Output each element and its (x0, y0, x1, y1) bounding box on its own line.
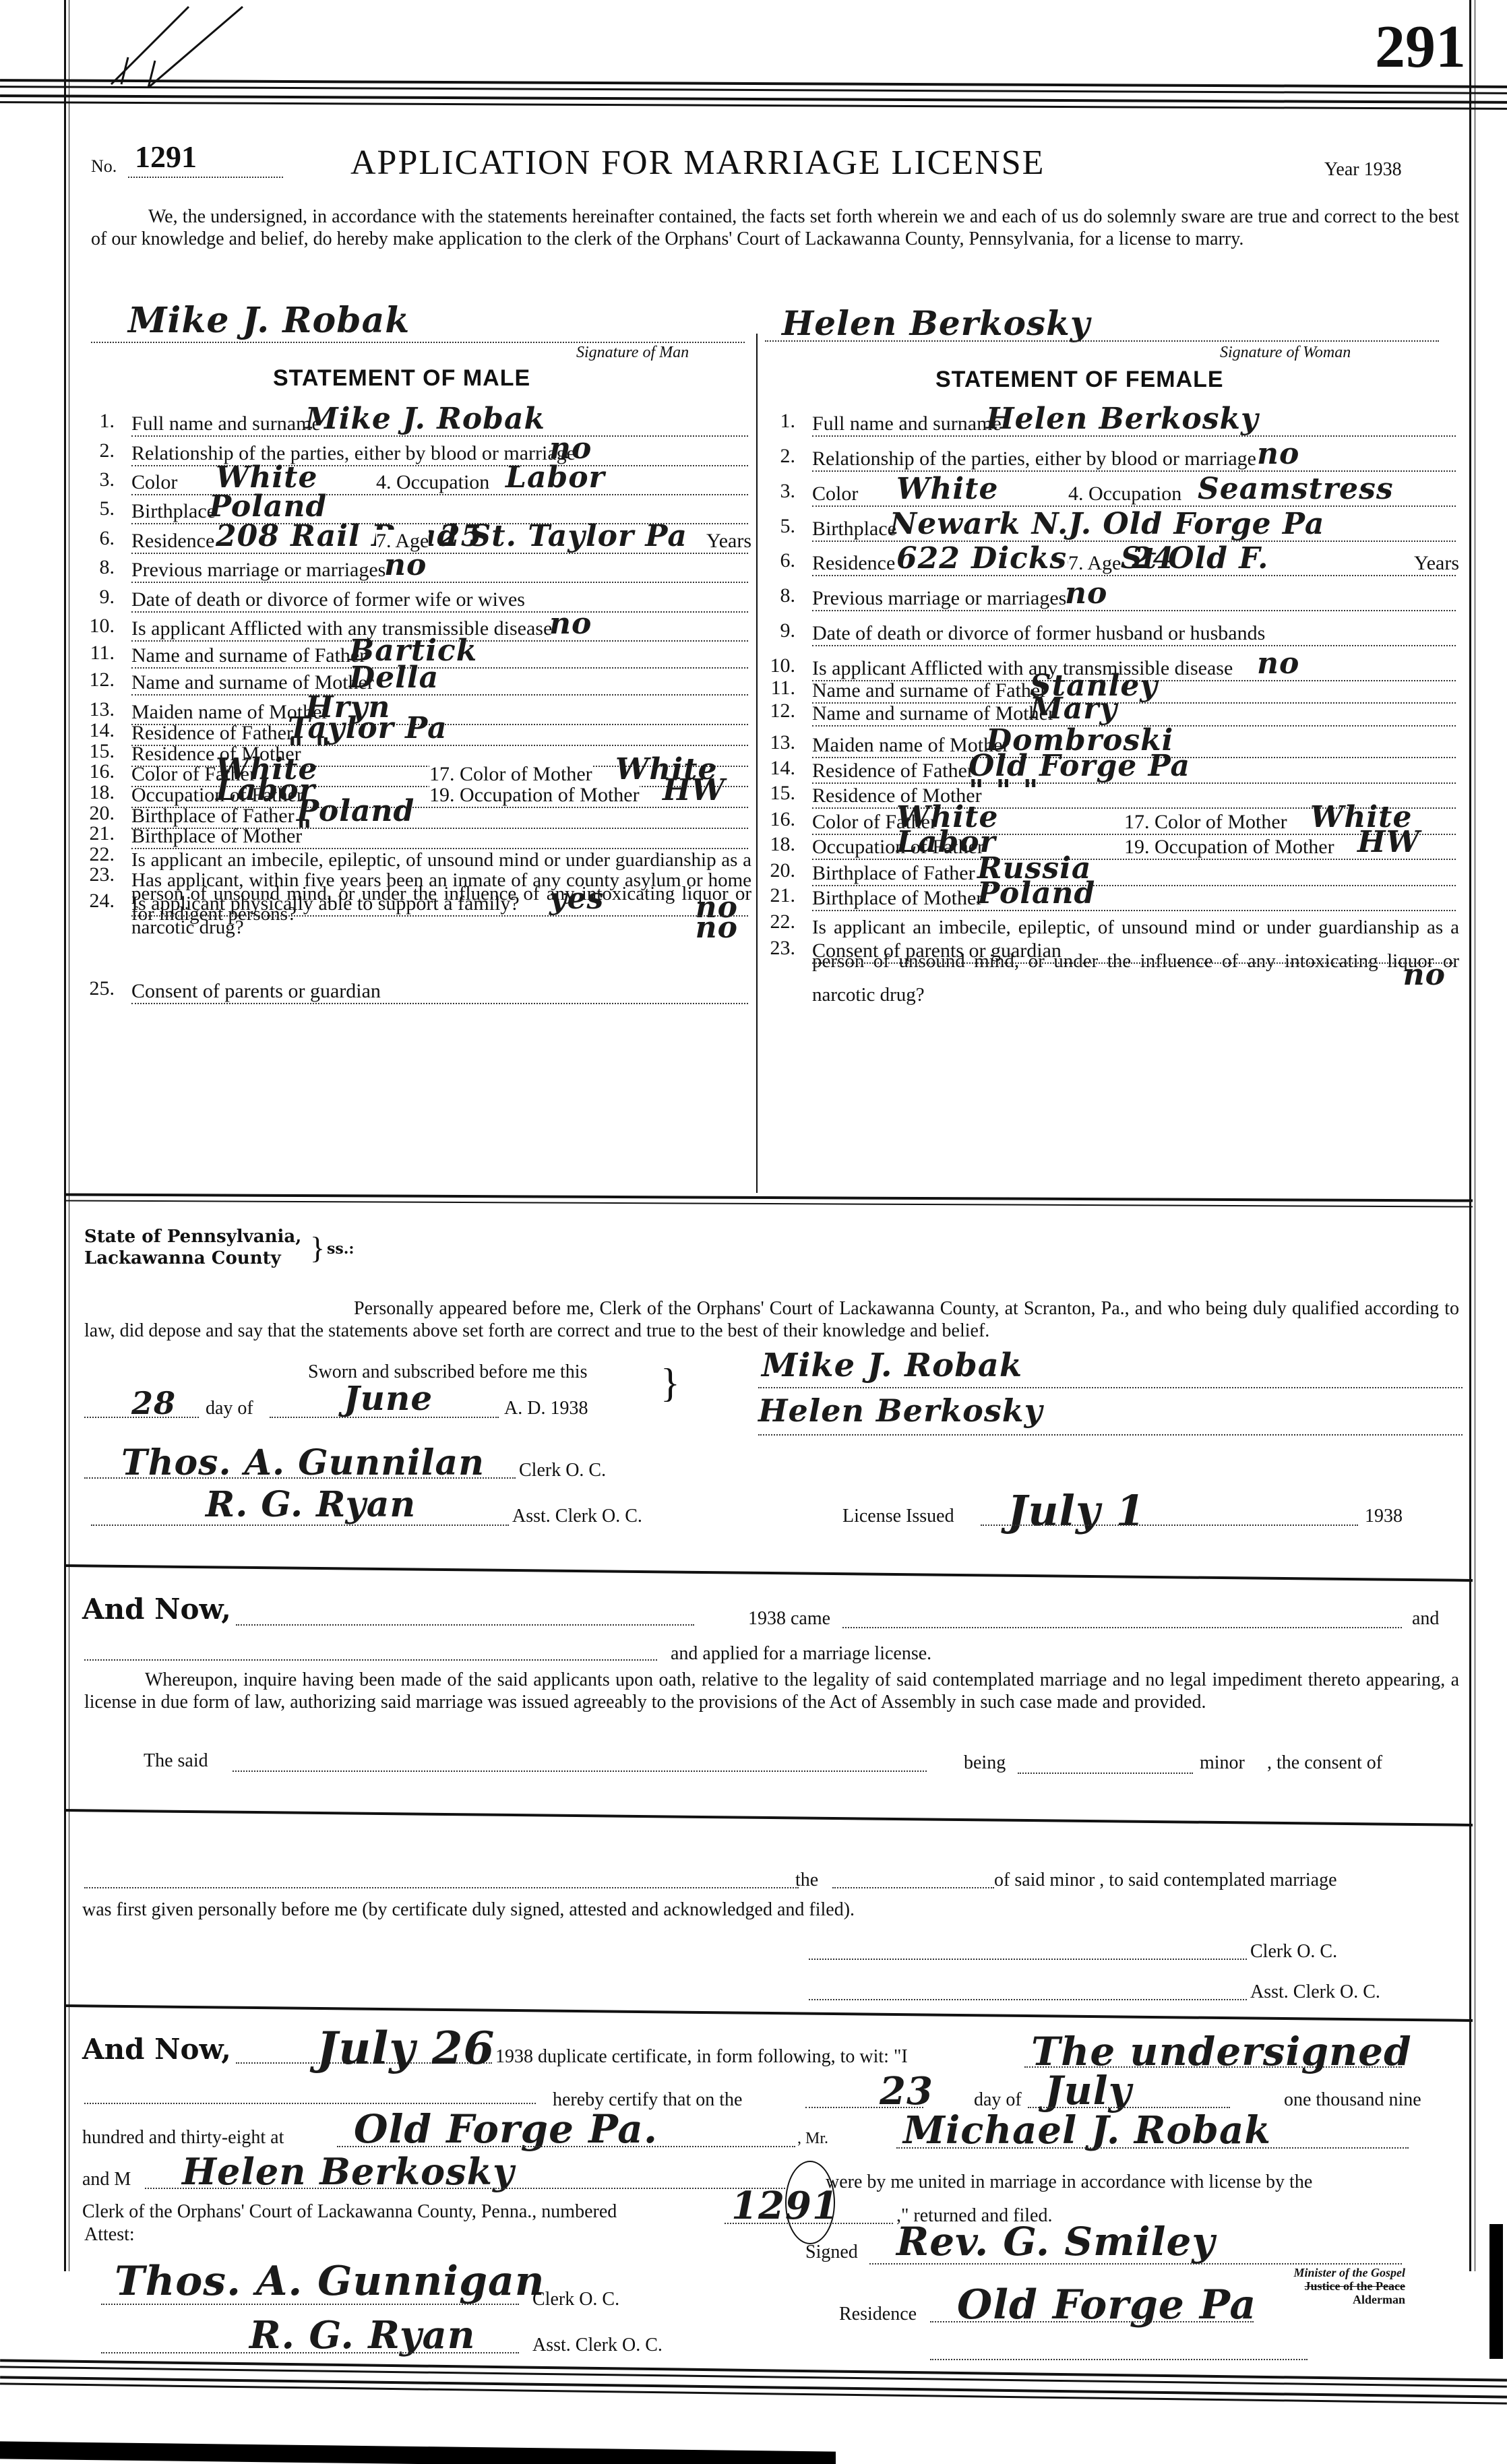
one-thousand-text: one thousand nine (1284, 2089, 1421, 2111)
minor-label: minor (1200, 1752, 1245, 1774)
field-label: Color (812, 483, 858, 505)
page-number: 291 (1375, 12, 1466, 82)
field-number: 10. (762, 654, 795, 677)
affidavit-female-line (758, 1434, 1463, 1436)
field-number: 22. (762, 911, 795, 933)
field-label: Previous marriage or marriages (131, 559, 386, 582)
bride-name: Helen Berkosky (182, 2150, 514, 2193)
and-now-1-clerk-label: Clerk O. C. (1250, 1941, 1337, 1963)
clerk-line (84, 1477, 516, 1479)
whereupon-paragraph: Whereupon, inquire having been made of t… (84, 1669, 1459, 1713)
field-number: 21. (81, 822, 115, 845)
female-signature-caption: Signature of Woman (1220, 344, 1351, 362)
field-value: no (1257, 646, 1299, 681)
field-number: 14. (81, 719, 115, 742)
hundred-at-text: hundred and thirty-eight at (82, 2127, 284, 2149)
field-number: 3. (762, 480, 795, 503)
field-line (131, 1003, 748, 1004)
field-suffix: Years (1414, 552, 1459, 575)
field-label: Consent of parents or guardian (131, 980, 381, 1003)
field-label: Consent of parents or guardian (812, 940, 1062, 962)
field-label: Relationship of the parties, either by b… (812, 448, 1256, 470)
the-said-label: The said (144, 1750, 208, 1772)
field-label: Full name and surname (131, 412, 321, 435)
attest-clerk-line (101, 2304, 519, 2305)
license-issued-line (981, 1524, 1358, 1526)
marriage-place: Old Forge Pa. (354, 2106, 658, 2152)
top-rule-2 (0, 94, 1507, 110)
section-rule-minor (64, 1809, 1473, 1826)
field-number: 23. (81, 863, 115, 886)
page-title: APPLICATION FOR MARRIAGE LICENSE (350, 143, 1045, 183)
field-line (131, 915, 748, 917)
field-label: Name and surname of Father (131, 644, 366, 667)
frame-left-inner (69, 0, 69, 2271)
ss-label: ss.: (327, 1240, 355, 1258)
hereby-line (84, 2103, 536, 2104)
field-number: 16. (81, 760, 115, 783)
clerk-numbered-text: Clerk of the Orphans' Court of Lackawann… (82, 2201, 617, 2223)
field-label: Full name and surname (812, 412, 1002, 435)
male-field-row: 8.Previous marriage or marriagesno (81, 556, 751, 587)
male-signature-caption: Signature of Man (576, 344, 689, 362)
female-field-row: 23.Consent of parents or guardian (762, 937, 1459, 968)
residence-line (930, 2321, 1254, 2322)
female-field-row: 1.Full name and surnameHelen Berkosky (762, 410, 1459, 441)
male-signature-line (91, 342, 745, 343)
field-value: Helen Berkosky (986, 402, 1259, 436)
field-label: Is applicant physically able to support … (131, 892, 520, 915)
field-value-2: HW (1357, 825, 1420, 859)
first-given-text: was first given personally before me (by… (82, 1899, 855, 1921)
field-label: Birthplace of Father (812, 862, 975, 885)
field-line (812, 962, 1456, 964)
and-now-1-date-line (236, 1624, 694, 1626)
female-field-row: 6.Residence622 Dickson St Old F.7. Age24… (762, 549, 1459, 580)
field-value: Mary (1030, 691, 1117, 726)
scan-edge-right (1489, 2224, 1503, 2359)
and-now-1-clerk-line (809, 1959, 1247, 1960)
female-heading: STATEMENT OF FEMALE (935, 367, 1224, 393)
male-signature: Mike J. Robak (128, 300, 410, 341)
field-number: 13. (81, 698, 115, 721)
field-label: Previous marriage or marriages (812, 587, 1066, 610)
field-number: 18. (762, 833, 795, 856)
frame-left (64, 0, 66, 2271)
and-now-heading-2: And Now, (82, 2033, 231, 2066)
scan-edge (0, 2441, 836, 2464)
year-came-label: 1938 came (748, 1608, 830, 1630)
field-value: Newark N.J. Old Forge Pa (890, 507, 1324, 541)
center-divider (756, 334, 758, 1193)
second-applicant-line (84, 1659, 657, 1661)
field-label-2: 4. Occupation (376, 471, 489, 494)
field-number: 20. (762, 859, 795, 882)
field-value: no (1065, 576, 1107, 611)
title-alderman: Alderman (1270, 2293, 1405, 2307)
field-label: Date of death or divorce of former wife … (131, 588, 525, 611)
field-label: Birthplace of Mother (812, 887, 983, 910)
field-number: 2. (762, 445, 795, 468)
frame-right-inner (1475, 0, 1475, 2271)
section-rule-and-now-2 (64, 2004, 1473, 2022)
being-label: being (964, 1752, 1006, 1774)
field-number: 5. (762, 515, 795, 538)
attest-clerk-signature: Thos. A. Gunnigan (115, 2258, 545, 2305)
field-value: no (549, 607, 592, 641)
asst-clerk-label: Asst. Clerk O. C. (512, 1506, 642, 1527)
field-value-2: Seamstress (1198, 472, 1394, 506)
field-label: Date of death or divorce of former husba… (812, 622, 1265, 645)
and-now-heading-1: And Now, (82, 1593, 231, 1626)
male-field-row: 1.Full name and surnameMike J. Robak (81, 410, 751, 441)
license-issued-date: July 1 (1008, 1486, 1146, 1535)
mr-label: , Mr. (797, 2130, 828, 2148)
came-line (842, 1627, 1402, 1628)
license-year: 1938 (1365, 1506, 1403, 1527)
field-value-2: 24 (1132, 541, 1174, 576)
brace-icon-2: } (660, 1360, 680, 1407)
field-label: Residence of Father (812, 760, 974, 782)
attest-clerk-label: Clerk O. C. (532, 2289, 619, 2310)
field-label-2: 17. Color of Mother (1124, 811, 1287, 834)
field-label-2: 7. Age (1068, 552, 1121, 575)
attest-label: Attest: (84, 2224, 135, 2246)
consent-of-label: , the consent of (1267, 1752, 1382, 1774)
year-label: Year 1938 (1324, 159, 1402, 181)
field-number: 10. (81, 615, 115, 638)
sworn-month: June (344, 1378, 433, 1418)
field-value-2: 25 (439, 519, 482, 553)
field-number: 14. (762, 757, 795, 780)
field-suffix: Years (706, 530, 751, 553)
no-line (128, 177, 283, 178)
male-field-row: 12.Name and surname of MotherDella (81, 669, 751, 700)
field-label: Color (131, 471, 177, 494)
relation-line (832, 1887, 994, 1888)
title-minister: Minister of the Gospel (1270, 2266, 1405, 2280)
field-value: no (384, 548, 427, 582)
signed-label: Signed (805, 2242, 858, 2263)
field-label: Name and surname of Mother (812, 702, 1055, 725)
male-field-row: 24.Is applicant physically able to suppo… (81, 890, 751, 921)
field-number: 13. (762, 731, 795, 754)
field-label: Birthplace (812, 518, 896, 541)
signed-line (869, 2263, 1402, 2265)
affidavit-text: Personally appeared before me, Clerk of … (84, 1297, 1459, 1342)
affidavit-female-signature: Helen Berkosky (758, 1392, 1043, 1429)
male-field-row: 2.Relationship of the parties, either by… (81, 439, 751, 470)
officiant-signature: Rev. G. Smiley (896, 2219, 1215, 2265)
asst-clerk-line (91, 1524, 509, 1526)
and-label: and (1412, 1608, 1439, 1630)
the-label: the (795, 1870, 818, 1891)
field-number: 2. (81, 439, 115, 462)
field-number: 21. (762, 884, 795, 907)
seal-stamp (785, 2161, 835, 2244)
male-heading: STATEMENT OF MALE (273, 365, 530, 392)
field-label: Residence (131, 530, 214, 553)
male-field-row: 9.Date of death or divorce of former wif… (81, 586, 751, 617)
the-said-line (233, 1770, 927, 1772)
field-label: Is applicant Afflicted with any transmis… (131, 617, 552, 640)
attest-asst-line (101, 2352, 519, 2353)
field-number: 3. (81, 468, 115, 491)
field-label: Name and surname of Father (812, 679, 1047, 702)
female-field-row: 8.Previous marriage or marriagesno (762, 584, 1459, 615)
field-value: Mike J. Robak (305, 402, 545, 436)
check-mark-icon (108, 3, 310, 94)
field-number: 6. (81, 527, 115, 550)
groom-line (896, 2147, 1409, 2149)
field-number: 8. (762, 584, 795, 607)
residence-line-2 (930, 2359, 1308, 2360)
field-number: 9. (81, 586, 115, 609)
field-number: 1. (81, 410, 115, 433)
field-line (131, 582, 748, 583)
field-number: 24. (81, 890, 115, 913)
residence-label: Residence (839, 2304, 917, 2325)
field-number: 16. (762, 808, 795, 831)
field-line (131, 694, 748, 696)
groom-name: Michael J. Robak (903, 2108, 1271, 2153)
male-field-row: 3.ColorWhite4. OccupationLabor (81, 468, 751, 499)
field-label: Birthplace (131, 500, 216, 523)
field-number: 23. (762, 937, 795, 960)
field-number: 8. (81, 556, 115, 579)
field-label: Residence (812, 552, 895, 575)
duplicate-certificate-text: 1938 duplicate certificate, in form foll… (495, 2046, 908, 2068)
section-rule-and-now-1 (64, 1564, 1473, 1582)
field-number: 15. (762, 782, 795, 805)
field-value-2: Labor (505, 460, 605, 495)
female-signature-line (765, 340, 1439, 342)
field-number: 11. (762, 677, 795, 700)
field-value: Poland (977, 876, 1095, 911)
no-label: No. (91, 156, 117, 177)
were-united-text: were by me united in marriage in accorda… (826, 2172, 1312, 2193)
intro-paragraph: We, the undersigned, in accordance with … (91, 206, 1459, 250)
field-number: 1. (762, 410, 795, 433)
field-value: yes (549, 882, 604, 916)
day-of-label: day of (206, 1398, 253, 1419)
female-field-row: 9.Date of death or divorce of former hus… (762, 619, 1459, 650)
of-said-minor-label: of said minor , to said contemplated mar… (994, 1870, 1337, 1891)
application-number: 1291 (135, 139, 197, 175)
field-label-2: 4. Occupation (1068, 483, 1181, 505)
male-field-row: 25.Consent of parents or guardian (81, 977, 751, 1008)
license-issued-label: License Issued (842, 1506, 954, 1527)
being-line (1018, 1773, 1193, 1774)
and-now-1-asst-label: Asst. Clerk O. C. (1250, 1981, 1380, 2003)
day-line (84, 1417, 199, 1418)
attest-asst-label: Asst. Clerk O. C. (532, 2335, 663, 2356)
field-line (131, 611, 748, 613)
certificate-date: July 26 (317, 2022, 495, 2074)
field-label-2: 19. Occupation of Mother (1124, 836, 1334, 859)
field-number: 6. (762, 549, 795, 572)
field-number: 22. (81, 843, 115, 866)
clerk-label: Clerk O. C. (519, 1460, 606, 1481)
state-label: State of Pennsylvania, (84, 1227, 301, 1247)
ad-label: A. D. 1938 (504, 1398, 588, 1419)
field-number: 11. (81, 642, 115, 665)
field-line (812, 610, 1456, 611)
field-number: 15. (81, 740, 115, 763)
county-label: Lackawanna County (84, 1248, 281, 1268)
field-value: White (896, 472, 998, 506)
field-number: 5. (81, 497, 115, 520)
title-justice: Justice of the Peace (1270, 2279, 1405, 2293)
consent-giver-line (84, 1887, 799, 1888)
female-signature: Helen Berkosky (782, 303, 1090, 343)
frame-right (1469, 0, 1471, 2271)
field-number: 18. (81, 781, 115, 804)
field-value: no (1257, 437, 1299, 471)
field-number: 20. (81, 802, 115, 825)
asst-clerk-signature: R. G. Ryan (206, 1484, 416, 1525)
month-line (270, 1417, 499, 1418)
bride-line (145, 2188, 785, 2189)
field-line (812, 645, 1456, 646)
applied-text: and applied for a marriage license. (671, 1643, 931, 1665)
affidavit-male-signature: Mike J. Robak (762, 1347, 1022, 1384)
sworn-day: 28 (131, 1385, 176, 1421)
and-m-label: and M (82, 2169, 131, 2190)
and-now-1-asst-line (809, 1999, 1247, 2000)
field-number: 25. (81, 977, 115, 1000)
numbered-line (725, 2223, 893, 2224)
field-number: 12. (81, 669, 115, 691)
brace-icon: } (310, 1230, 325, 1266)
field-number: 12. (762, 700, 795, 722)
marriage-place-line (337, 2146, 795, 2147)
attest-asst-signature: R. G. Ryan (249, 2313, 475, 2358)
field-number: 9. (762, 619, 795, 642)
affidavit-male-line (758, 1387, 1463, 1388)
